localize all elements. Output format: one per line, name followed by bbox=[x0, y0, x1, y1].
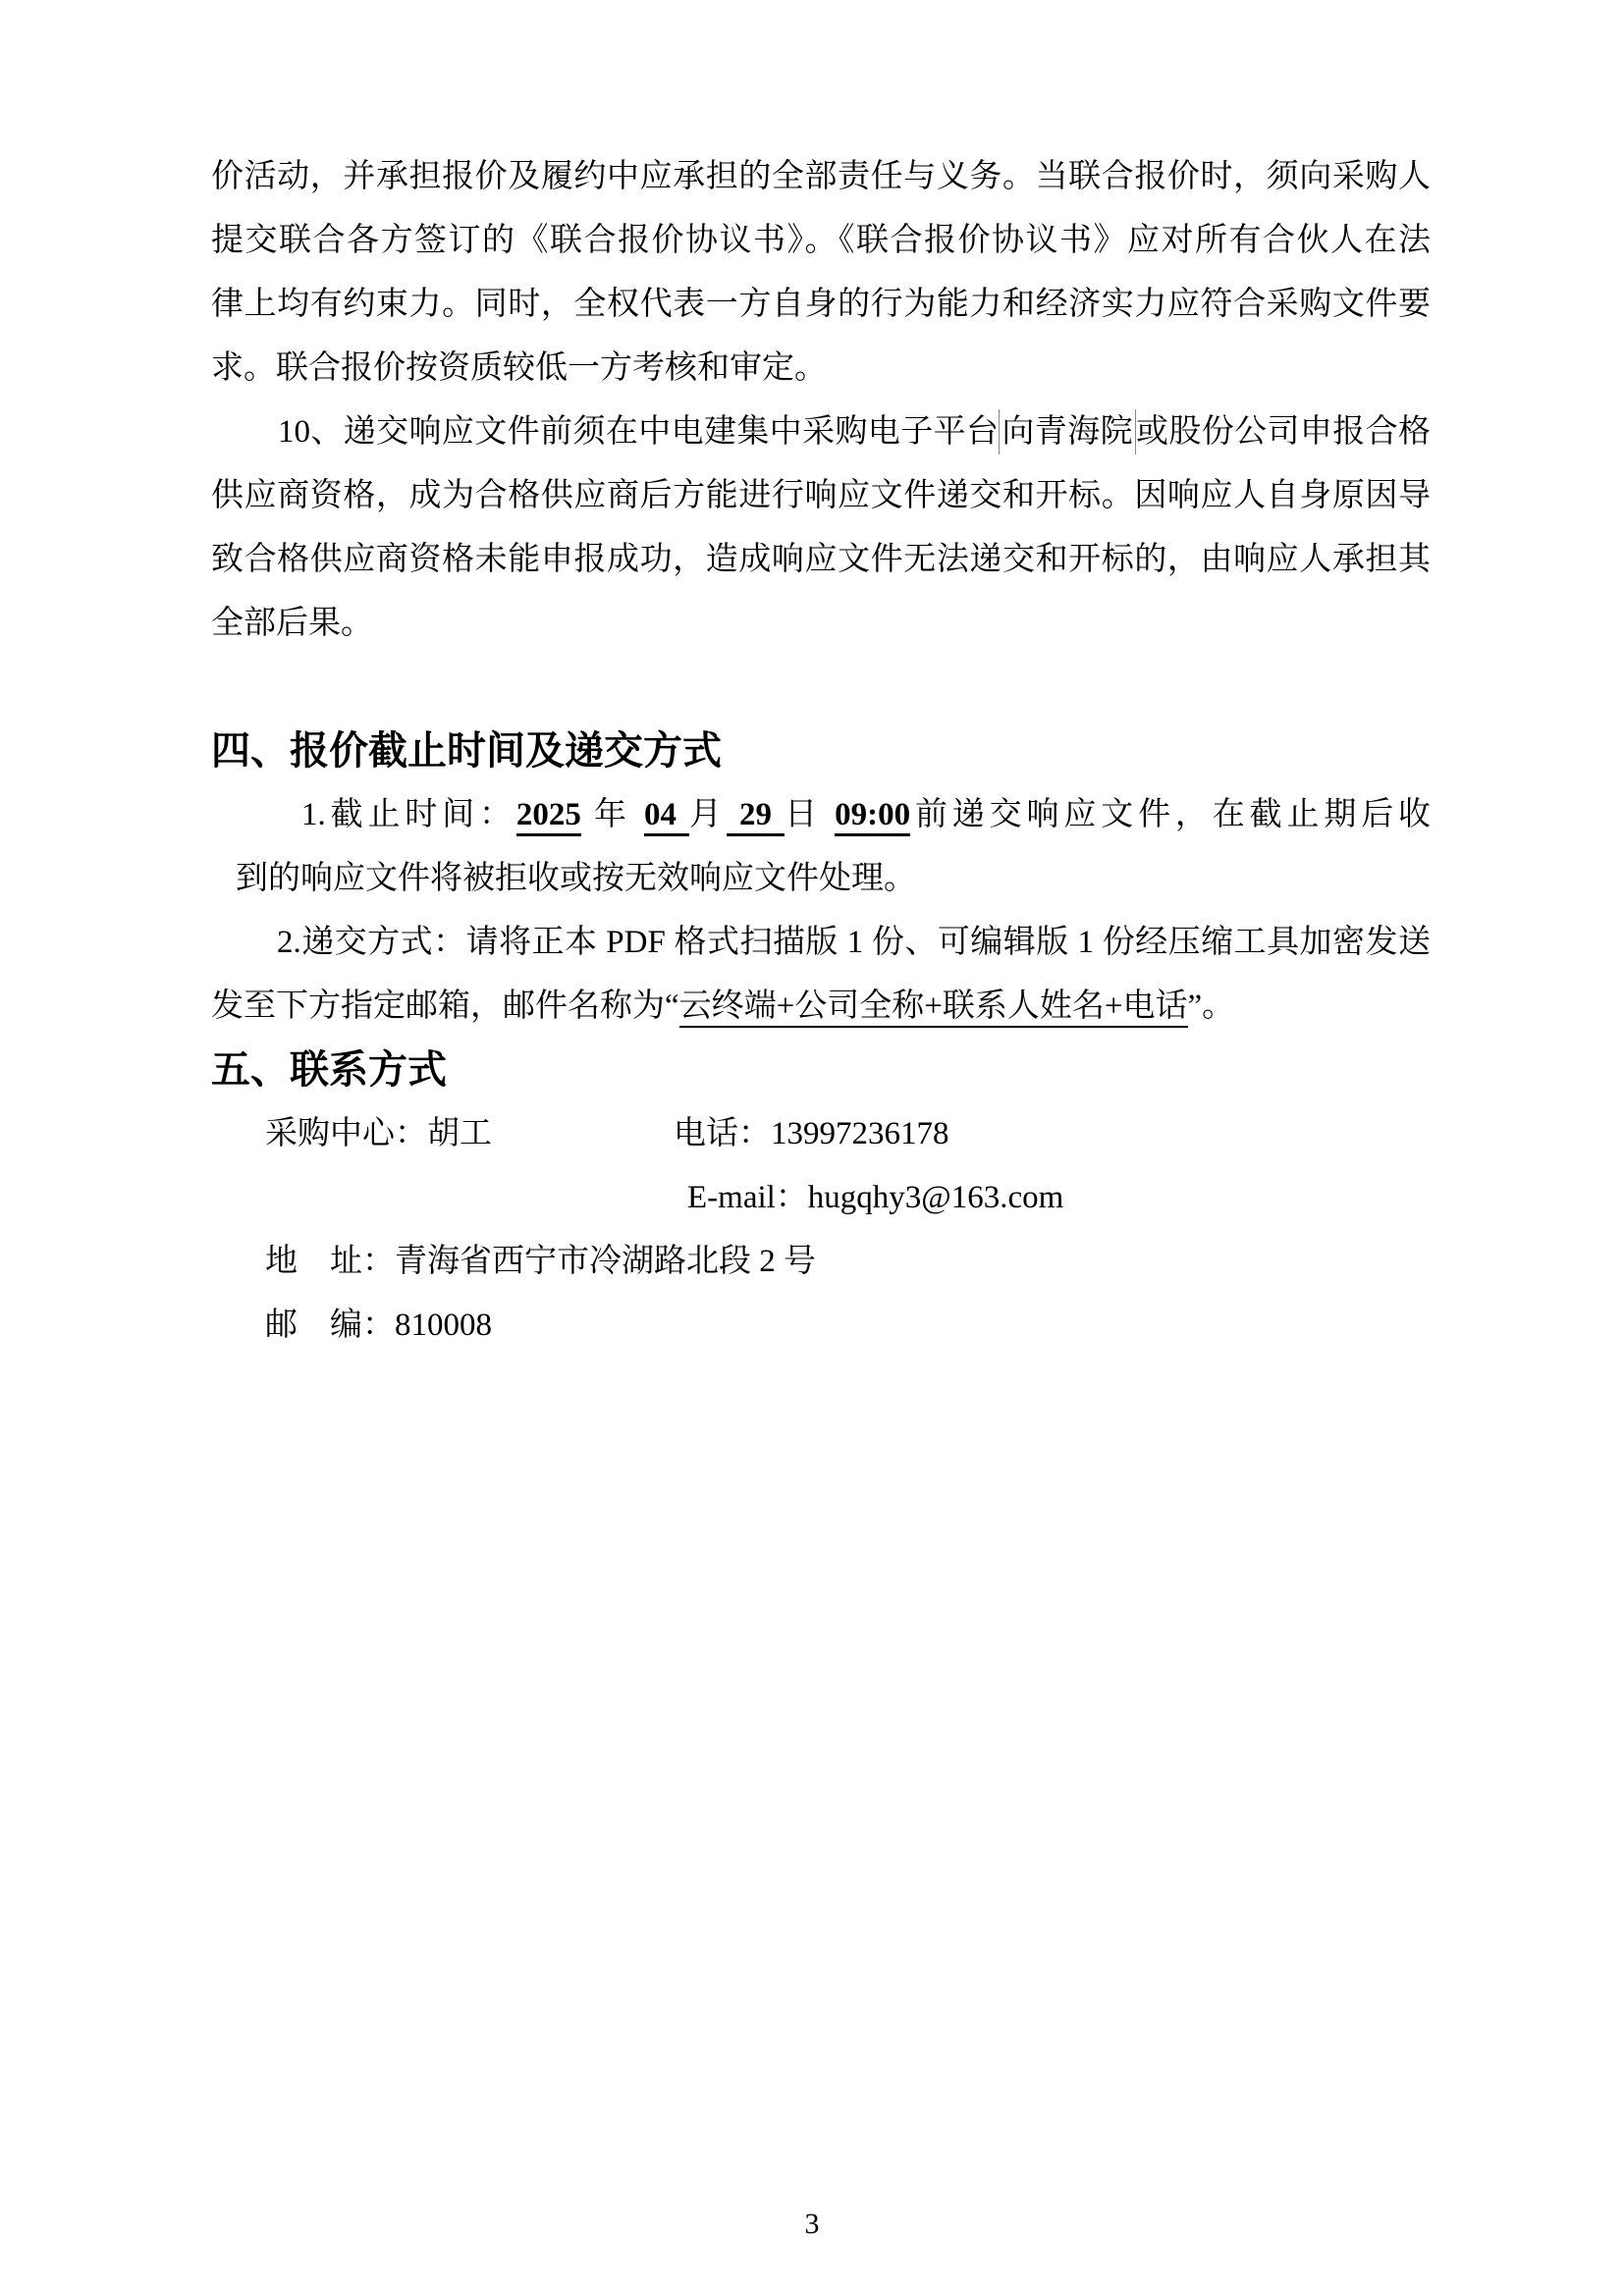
document-page: 价活动，并承担报价及履约中应承担的全部责任与义务。当联合报价时，须向采购人提交联… bbox=[0, 0, 1624, 2296]
text-run: 月 bbox=[689, 797, 727, 832]
text-run: 2.递交方式：请将正本 PDF 格式扫描版 1 份、可编辑版 1 份经压缩工具加… bbox=[277, 925, 1431, 960]
para-item10-line3: 致合格供应商资格未能申报成功，造成响应文件无法递交和开标的，由响应人承担其 bbox=[211, 528, 1431, 592]
contact-line-postcode: 邮 编：810008 bbox=[211, 1294, 1431, 1358]
text-run: ”。 bbox=[1188, 988, 1235, 1024]
heading-text: 四、报价截止时间及递交方式 bbox=[211, 729, 722, 773]
text-run: 发至下方指定邮箱，邮件名称为“ bbox=[211, 988, 679, 1024]
text-run: 年 bbox=[581, 797, 644, 832]
text-run: 前递交响应文件，在截止期后收 bbox=[910, 797, 1431, 832]
para-item10-line4: 全部后果。 bbox=[211, 592, 1431, 656]
para-obligations-line1: 价活动，并承担报价及履约中应承担的全部责任与义务。当联合报价时，须向采购人 bbox=[211, 145, 1431, 209]
para-item10-line1: 10、递交响应文件前须在中电建集中采购电子平台向青海院或股份公司申报合格 bbox=[211, 400, 1431, 464]
contact-line-person-phone: 采购中心：胡工电话：13997236178 bbox=[211, 1102, 1431, 1166]
column-gap bbox=[492, 1143, 674, 1144]
page-number: 3 bbox=[0, 2205, 1624, 2244]
document-content: 价活动，并承担报价及履约中应承担的全部责任与义务。当联合报价时，须向采购人提交联… bbox=[211, 145, 1431, 1358]
para-obligations-line3: 律上均有约束力。同时，全权代表一方自身的行为能力和经济实力应符合采购文件要 bbox=[211, 273, 1431, 337]
contact-postcode: 邮 编：810008 bbox=[265, 1308, 492, 1343]
text-run: 价活动，并承担报价及履约中应承担的全部责任与义务。当联合报价时，须向采购人 bbox=[211, 159, 1431, 194]
section-heading-5: 五、联系方式 bbox=[211, 1039, 1431, 1102]
text-run: 求。联合报价按资质较低一方考核和审定。 bbox=[211, 350, 827, 386]
deadline-year: 2025 bbox=[516, 797, 581, 836]
text-run: 日 bbox=[785, 797, 835, 832]
para-deadline-line2: 到的响应文件将被拒收或按无效响应文件处理。 bbox=[211, 847, 1431, 911]
text-run: 或股份公司申报合格 bbox=[1136, 414, 1431, 450]
contact-line-email: E-mail：hugqhy3@163.com bbox=[211, 1166, 1431, 1230]
text-run: 供应商资格，成为合格供应商后方能进行响应文件递交和开标。因响应人自身原因导 bbox=[211, 478, 1431, 513]
text-run: 1.截止时间： bbox=[301, 797, 516, 832]
text-run: 10、递交响应文件前须在中电建集中采购电子平台 bbox=[278, 414, 999, 450]
contact-person: 采购中心：胡工 bbox=[265, 1116, 492, 1151]
contact-phone: 电话：13997236178 bbox=[674, 1116, 949, 1151]
contact-line-address: 地 址：青海省西宁市冷湖路北段 2 号 bbox=[211, 1230, 1431, 1294]
contact-address: 地 址：青海省西宁市冷湖路北段 2 号 bbox=[265, 1244, 816, 1279]
text-run: 提交联合各方签订的《联合报价协议书》。《联合报价协议书》应对所有合伙人在法 bbox=[211, 223, 1431, 258]
section-heading-4: 四、报价截止时间及递交方式 bbox=[211, 720, 1431, 783]
deadline-time: 09:00 bbox=[835, 797, 910, 836]
para-delivery-line2: 发至下方指定邮箱，邮件名称为“云终端+公司全称+联系人姓名+电话”。 bbox=[211, 975, 1431, 1039]
para-delivery-line1: 2.递交方式：请将正本 PDF 格式扫描版 1 份、可编辑版 1 份经压缩工具加… bbox=[211, 911, 1431, 975]
revision-marked-text: 向青海院 bbox=[999, 409, 1136, 454]
deadline-day: 29 bbox=[727, 797, 785, 836]
deadline-month: 04 bbox=[644, 797, 689, 836]
para-obligations-line2: 提交联合各方签订的《联合报价协议书》。《联合报价协议书》应对所有合伙人在法 bbox=[211, 209, 1431, 273]
para-deadline-line1: 1.截止时间：2025 年 04 月 29 日 09:00前递交响应文件，在截止… bbox=[211, 783, 1431, 847]
text-run: 律上均有约束力。同时，全权代表一方自身的行为能力和经济实力应符合采购文件要 bbox=[211, 287, 1431, 322]
text-run: 全部后果。 bbox=[211, 606, 373, 641]
para-obligations-line4: 求。联合报价按资质较低一方考核和审定。 bbox=[211, 337, 1431, 400]
text-run: 到的响应文件将被拒收或按无效响应文件处理。 bbox=[236, 861, 916, 896]
email-subject-format: 云终端+公司全称+联系人姓名+电话 bbox=[679, 988, 1188, 1028]
heading-text: 五、联系方式 bbox=[211, 1048, 447, 1092]
text-run: 致合格供应商资格未能申报成功，造成响应文件无法递交和开标的，由响应人承担其 bbox=[211, 542, 1431, 577]
contact-email: E-mail：hugqhy3@163.com bbox=[687, 1180, 1063, 1215]
para-item10-line2: 供应商资格，成为合格供应商后方能进行响应文件递交和开标。因响应人自身原因导 bbox=[211, 464, 1431, 528]
